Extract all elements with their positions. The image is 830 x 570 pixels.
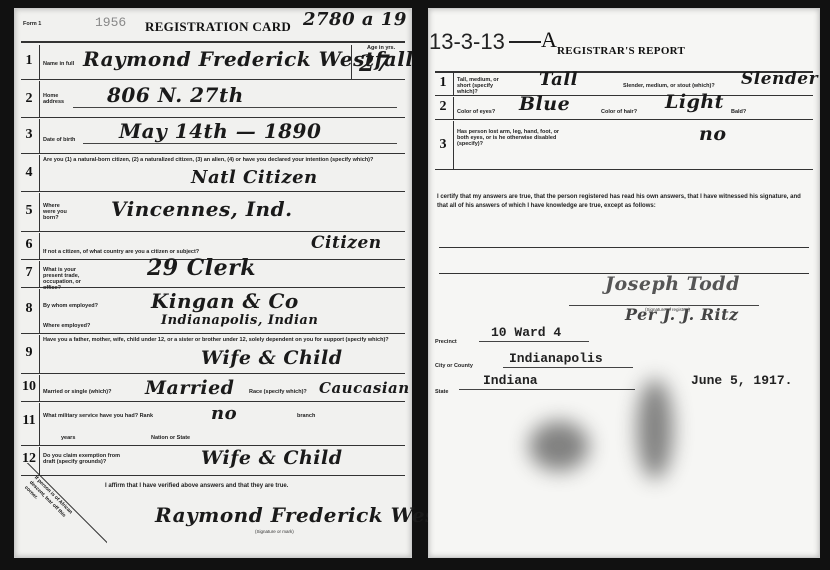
military-value: no (211, 403, 237, 424)
report-row-disability: 3 Has person lost arm, leg, hand, foot, … (435, 121, 813, 170)
citizenship-value: Natl Citizen (191, 167, 318, 188)
hair-color-value: Light (665, 91, 724, 113)
affirmation-text: I affirm that I have verified above answ… (105, 483, 288, 489)
row-marital: 10 Married or single (which)? Married Ra… (21, 375, 405, 402)
marital-value: Married (145, 377, 234, 399)
ink-smudge (529, 421, 589, 471)
report-code-suffix: A (541, 27, 557, 53)
precinct-value: 10 Ward 4 (491, 325, 561, 340)
address-value: 806 N. 27th (107, 83, 244, 107)
certification-text: I certify that my answers are true, that… (437, 193, 807, 211)
dependents-value: Wife & Child (201, 347, 343, 369)
registrar-signature-per: Per J. J. Ritz (625, 305, 739, 324)
header-rule (21, 39, 405, 43)
form-label: Form 1 (23, 21, 41, 27)
employer-value: Kingan & Co (151, 289, 299, 313)
report-title: REGISTRAR'S REPORT (557, 45, 685, 57)
age-value: 27 (359, 51, 391, 77)
corner-tear-off: If person is of African descent, tear of… (17, 463, 107, 553)
row-birthdate: 3 Date of birth May 14th — 1890 (21, 119, 405, 154)
report-row-coloring: 2 Color of eyes? Blue Color of hair? Lig… (435, 97, 813, 120)
serial-number: 2780 a 19 (303, 9, 407, 30)
birthdate-value: May 14th — 1890 (119, 119, 321, 143)
employer-location-value: Indianapolis, Indian (161, 313, 318, 328)
ink-smudge (637, 379, 673, 479)
state-value: Indiana (483, 373, 538, 388)
nationality-value: Citizen (311, 233, 382, 253)
row-dependents: 9 Have you a father, mother, wife, child… (21, 335, 405, 374)
birthplace-value: Vincennes, Ind. (111, 197, 293, 221)
registrars-report-card: 13-3-13 A REGISTRAR'S REPORT 1 Tall, med… (428, 8, 820, 558)
registration-card: Form 1 1956 REGISTRATION CARD 2780 a 19 … (14, 8, 412, 558)
row-citizenship: 4 Are you (1) a natural-born citizen, (2… (21, 155, 405, 192)
occupation-value: 29 Clerk (147, 255, 256, 281)
row-employer: 8 By whom employed? Kingan & Co Where em… (21, 289, 405, 334)
card-title: REGISTRATION CARD (145, 19, 291, 35)
stamp-number: 1956 (95, 15, 126, 30)
row-birthplace: 5 Where were you born? Vincennes, Ind. (21, 193, 405, 232)
eye-color-value: Blue (519, 93, 570, 115)
height-value: Tall (539, 69, 578, 90)
row-occupation: 7 What is your present trade, occupation… (21, 261, 405, 288)
row-name: 1 Name in full Raymond Frederick Westfal… (21, 45, 405, 80)
row-address: 2 Home address 806 N. 27th (21, 81, 405, 118)
build-value: Slender (741, 69, 818, 89)
registration-date: June 5, 1917. (691, 373, 792, 388)
disability-value: no (699, 123, 727, 145)
exemption-value: Wife & Child (201, 447, 343, 469)
registrar-signature: Joseph Todd (605, 273, 740, 295)
city-value: Indianapolis (509, 351, 603, 366)
report-code: 13-3-13 (429, 29, 505, 55)
report-row-build: 1 Tall, medium, or short (specify which)… (435, 73, 813, 96)
race-value: Caucasian (319, 379, 410, 397)
row-military: 11 What military service have you had? R… (21, 403, 405, 446)
